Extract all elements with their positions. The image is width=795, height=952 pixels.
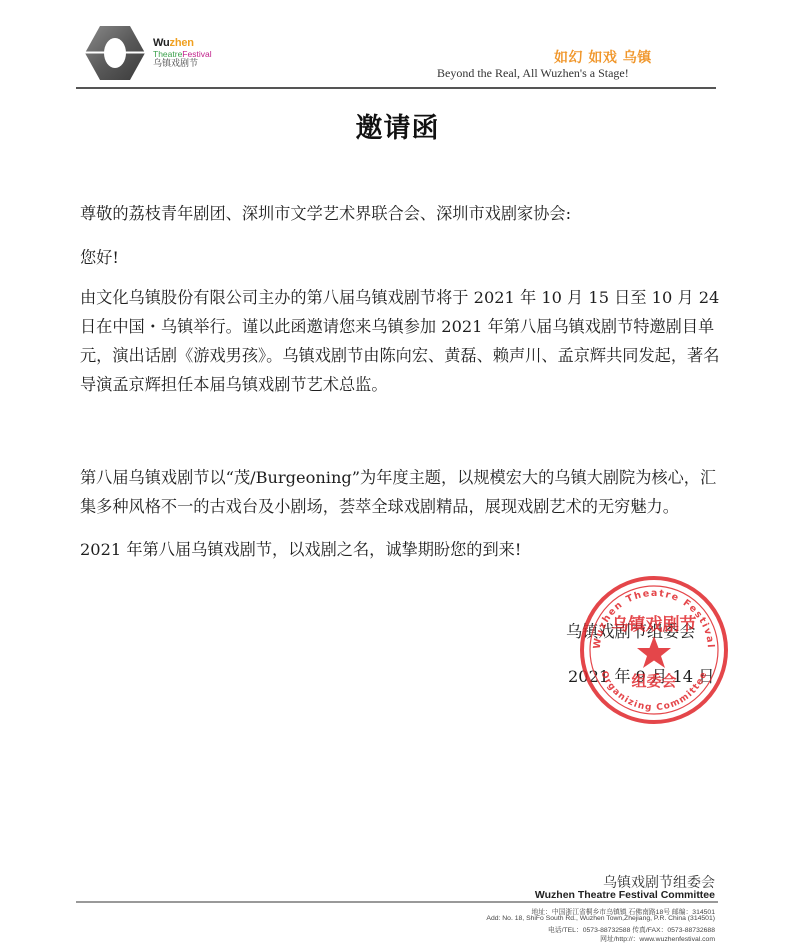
- paragraph-closing: 2021 年第八届乌镇戏剧节，以戏剧之名，诚挚期盼您的到来!: [80, 535, 720, 564]
- brand-wu: Wu: [153, 37, 170, 49]
- brand-zhen: zhen: [170, 37, 194, 49]
- header-divider: [76, 87, 716, 89]
- slogan-chinese: 如幻 如戏 乌镇: [554, 47, 652, 67]
- footer-address-english: Add: No. 18, ShiFo South Rd., Wuzhen Tow…: [486, 915, 715, 922]
- svg-text:组委会: 组委会: [631, 672, 676, 690]
- salutation: 尊敬的荔枝青年剧团、深圳市文学艺术界联合会、深圳市戏剧家协会:: [80, 199, 720, 228]
- paragraph-theme: 第八届乌镇戏剧节以“茂/Burgeoning”为年度主题，以规模宏大的乌镇大剧院…: [80, 463, 720, 521]
- document-title: 邀请函: [0, 106, 795, 145]
- footer-org-english: Wuzhen Theatre Festival Committee: [535, 889, 715, 901]
- brand-theatre: Theatre: [153, 49, 182, 59]
- slogan-english: Beyond the Real, All Wuzhen's a Stage!: [437, 66, 629, 81]
- paragraph-intro: 由文化乌镇股份有限公司主办的第八届乌镇戏剧节将于 2021 年 10 月 15 …: [80, 283, 720, 399]
- hexagon-nut-logo-icon: [84, 24, 146, 82]
- footer-divider: [76, 901, 718, 903]
- brand-chinese: 乌镇戏剧节: [153, 60, 212, 69]
- official-red-seal-icon: Wuzhen Theatre Festival Organizing Commi…: [578, 574, 730, 726]
- brand-festival: Festival: [182, 49, 211, 59]
- festival-brand-wordmark: Wuzhen TheatreFestival 乌镇戏剧节: [153, 38, 212, 69]
- greeting: 您好!: [80, 243, 720, 272]
- svg-text:乌镇戏剧节: 乌镇戏剧节: [612, 614, 697, 635]
- footer-website-link[interactable]: 网址/http://：www.wuzhenfestival.com: [600, 933, 715, 943]
